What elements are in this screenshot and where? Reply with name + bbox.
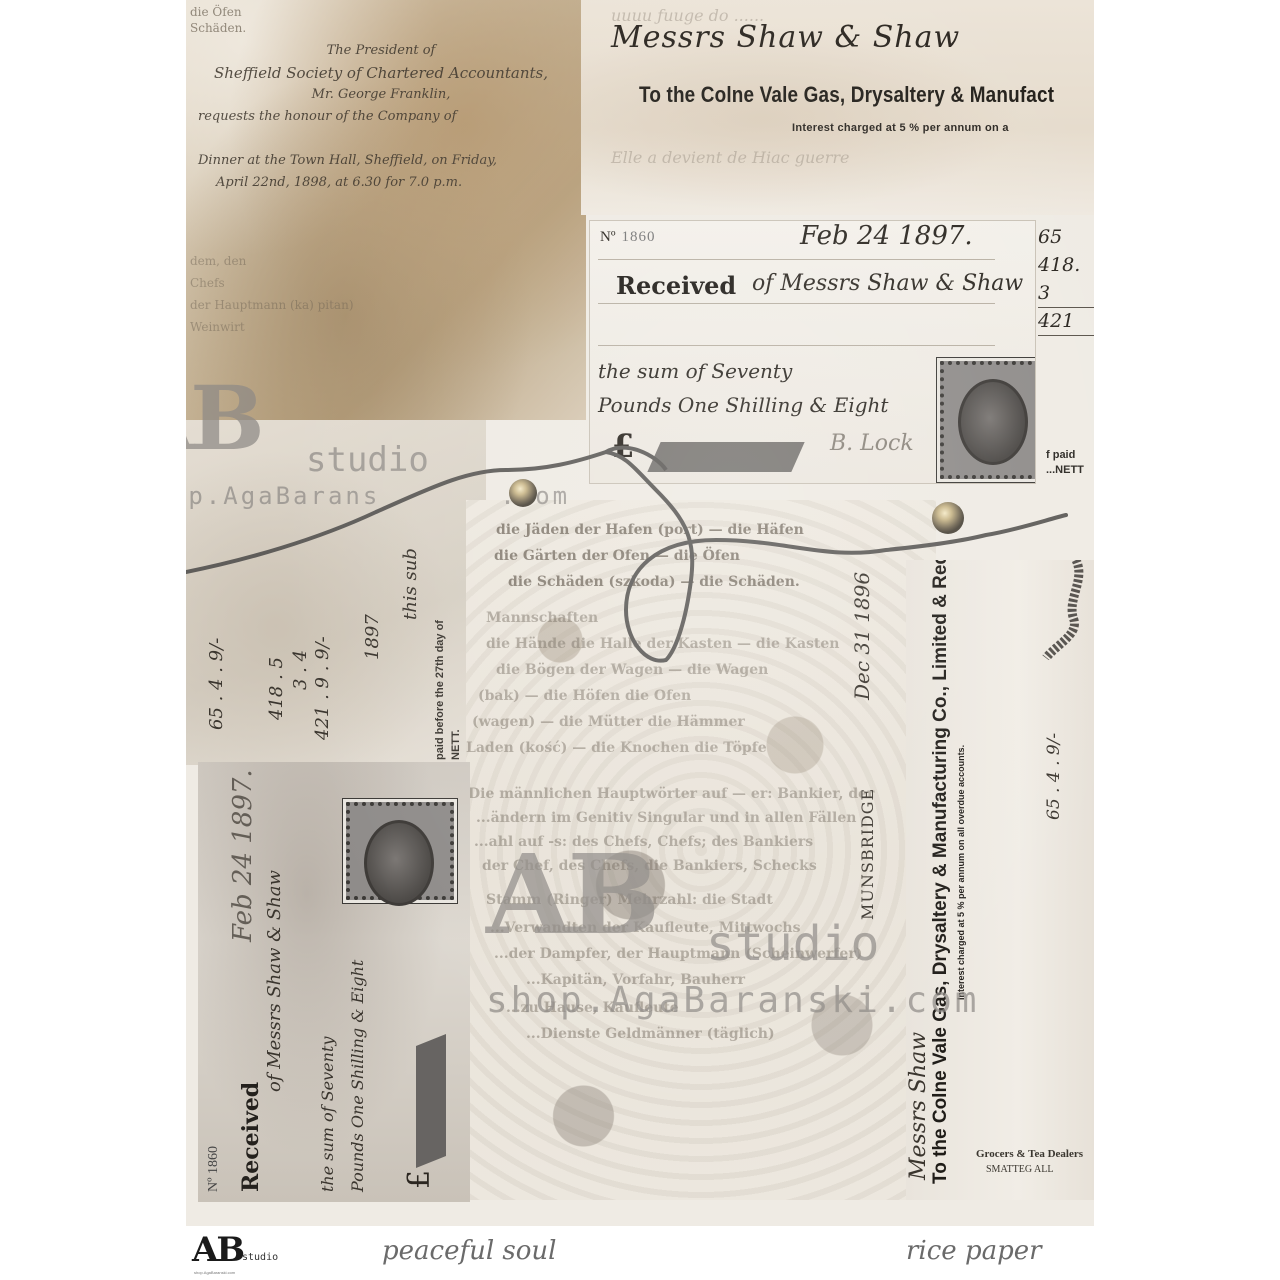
postage-stamp-icon <box>940 361 1036 479</box>
product-title: peaceful soul <box>382 1236 556 1266</box>
german-text-line: die Hände die Halle der Kasten — die Kas… <box>486 636 839 652</box>
invite-line: Sheffield Society of Chartered Accountan… <box>186 62 576 84</box>
fraktur-line: Chefs <box>190 272 354 294</box>
rotated-date: Feb 24 1897. <box>228 769 258 942</box>
watermark-url-tail: .com <box>500 482 570 510</box>
brand-sub: studio <box>242 1252 278 1263</box>
invite-spacer <box>186 128 576 150</box>
invite-line: Dinner at the Town Hall, Sheffield, on F… <box>186 150 576 172</box>
rotated-received-of: of Messrs Shaw & Shaw <box>264 870 285 1092</box>
ledger-entry: 421 <box>1038 308 1094 336</box>
receipt-sum-line: the sum of Seventy <box>598 359 792 383</box>
rotated-amount-bar <box>416 1034 446 1168</box>
watermark-logo-bottom: AB <box>486 830 656 959</box>
invoice-interest-note: Interest charged at 5 % per annum on a <box>792 122 1009 134</box>
fraktur-text-top: die Öfen Schäden. <box>190 4 246 36</box>
colne-interest-vertical: Interest charged at 5 % per annum on all… <box>956 745 966 1000</box>
amount-bar <box>647 442 804 472</box>
rotated-pounds-line: Pounds One Shilling & Eight <box>348 960 367 1192</box>
rice-paper-sheet: die Öfen Schäden. The President of Sheff… <box>186 0 1094 1280</box>
watermark-logo-top: AB <box>186 366 261 470</box>
left-ledger-entry: 3 . 4 <box>290 650 311 690</box>
watermark-url-top: shop.AgaBarans.com <box>186 482 570 510</box>
paid-note-line: f paid <box>1046 448 1084 463</box>
german-text-line: (wagen) — die Mütter die Hämmer <box>472 714 745 730</box>
receipt-no-label: Nº <box>600 229 615 245</box>
fraktur-line: Weinwirt <box>190 316 354 338</box>
handwritten-date-vertical: Dec 31 1896 <box>850 572 874 700</box>
brand-logo: AB <box>192 1230 243 1270</box>
receipt-rule <box>598 259 995 260</box>
ledger-entry: 3 <box>1038 280 1094 308</box>
colne-handwritten: Messrs Shaw <box>906 1032 931 1180</box>
invitation-text: The President of Sheffield Society of Ch… <box>186 40 576 194</box>
left-ledger-entry: 421 . 9 . 9/- <box>312 636 333 740</box>
ink-smudge-icon <box>1006 560 1094 660</box>
receipt-no-value: 1860 <box>621 229 655 245</box>
ghost-handwriting: Elle a devient de Hiac guerre <box>611 148 849 167</box>
watermark-studio-top: studio <box>306 440 429 480</box>
invoice-panel: uuuu ƒuuge do ...... Messrs Shaw & Shaw … <box>581 0 1094 215</box>
german-text-line: Die männlichen Hauptwörter auf — er: Ban… <box>468 786 874 802</box>
left-printed-note: paid before the 27th day of <box>434 620 446 760</box>
rotated-sum-line: the sum of Seventy <box>318 1037 337 1192</box>
pearl-icon <box>932 502 964 534</box>
receipt-date: Feb 24 1897. <box>800 221 973 251</box>
colne-ledger-entry: 65 . 4 . 9/- <box>1044 733 1064 820</box>
invite-line: April 22nd, 1898, at 6.30 for 7.0 p.m. <box>186 172 576 194</box>
fraktur-line: dem, den <box>190 250 354 272</box>
fraktur-line: der Hauptmann (ka) pitan) <box>190 294 354 316</box>
german-text-line: die Schäden (szkoda) — die Schäden. <box>508 574 800 590</box>
fraktur-line: die Öfen <box>190 4 246 20</box>
colne-heading-vertical: To the Colne Vale Gas, Drysaltery & Manu… <box>930 560 952 1184</box>
left-printed-note: NETT. <box>450 729 462 760</box>
receipt-rule <box>598 345 995 346</box>
ledger-entry: 65 <box>1038 224 1094 252</box>
german-text-line: die Jäden der Hafen (port) — die Häfen <box>496 522 804 538</box>
receipt-rule <box>598 303 995 304</box>
watermark-studio-bottom: studio <box>706 916 879 972</box>
left-ledger-entry: this sub <box>400 548 421 620</box>
invoice-heading: To the Colne Vale Gas, Drysaltery & Manu… <box>639 82 1054 108</box>
watermark-url-bottom: shop.AgaBaranski.com <box>486 980 979 1021</box>
postage-stamp-icon <box>346 802 454 900</box>
left-ledger-entry: 1897 <box>362 614 383 660</box>
receipt-signature: B. Lock <box>830 431 914 456</box>
invitation-panel: die Öfen Schäden. The President of Sheff… <box>186 0 586 420</box>
paid-note-line: ...NETT <box>1046 463 1084 478</box>
invoice-addressee: Messrs Shaw & Shaw <box>611 20 960 55</box>
german-text-line: die Bögen der Wagen — die Wagen <box>496 662 768 678</box>
receipt-panel: Nº1860 Feb 24 1897. Received of Messrs S… <box>589 220 1036 484</box>
receipt-number: Nº1860 <box>600 229 655 246</box>
paid-note: f paid ...NETT <box>1046 448 1084 478</box>
grocer-line: Grocers & Tea Dealers <box>976 1148 1083 1160</box>
pound-sign: £ <box>612 427 634 465</box>
ledger-column: 65 418. 3 421 <box>1038 224 1094 336</box>
receipt-received-of: of Messrs Shaw & Shaw <box>752 271 1023 296</box>
address-line: SMATTEG ALL <box>986 1164 1054 1175</box>
receipt-no-label: Nº <box>206 1178 221 1192</box>
fraktur-line: Schäden. <box>190 20 246 36</box>
rotated-received-label: Received <box>238 1082 264 1192</box>
left-ledger-entry: 65 . 4 . 9/- <box>206 638 227 730</box>
left-ledger-entry: 418 . 5 <box>266 657 287 720</box>
invite-line: The President of <box>186 40 576 62</box>
receipt-pounds-line: Pounds One Shilling & Eight <box>598 393 888 417</box>
receipt-no-value: 1860 <box>206 1146 221 1174</box>
german-text-line: Mannschaften <box>486 610 598 626</box>
product-kind: rice paper <box>906 1236 1042 1266</box>
watermark-url-text: shop.AgaBarans <box>186 482 380 510</box>
place-name-vertical: MUNSBRIDGE <box>858 788 877 920</box>
colne-vale-panel: To the Colne Vale Gas, Drysaltery & Manu… <box>906 560 1094 1200</box>
german-text-line: ...Dienste Geldmänner (täglich) <box>526 1026 775 1042</box>
brand-tagline: shop.AgaBaranski.com <box>194 1270 235 1275</box>
invite-line: requests the honour of the Company of <box>186 106 576 128</box>
german-text-line: Laden (kość) — die Knochen die Töpfe <box>466 740 767 756</box>
german-text-line: (bak) — die Höfen die Ofen <box>478 688 691 704</box>
rotated-pound-sign: £ <box>402 1170 437 1189</box>
rotated-receipt-panel: Nº 1860 Received of Messrs Shaw & Shaw t… <box>198 762 470 1202</box>
ledger-entry: 418. <box>1038 252 1094 280</box>
product-footer: AB studio shop.AgaBaranski.com peaceful … <box>186 1226 1094 1280</box>
german-text-line: die Gärten der Ofen — die Öfen <box>494 548 740 564</box>
receipt-received-label: Received <box>616 271 736 300</box>
fraktur-text-lower: dem, den Chefs der Hauptmann (ka) pitan)… <box>190 250 354 338</box>
invite-line: Mr. George Franklin, <box>186 84 576 106</box>
rotated-receipt-number: Nº 1860 <box>206 1146 222 1192</box>
german-text-line: ...ändern im Genitiv Singular und in all… <box>476 810 856 826</box>
